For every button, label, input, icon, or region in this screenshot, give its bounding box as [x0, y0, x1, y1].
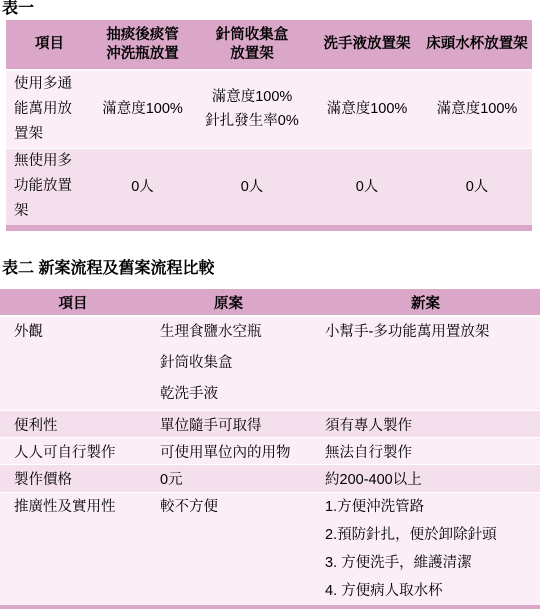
table2-title: 表二 新案流程及舊案流程比較 — [2, 260, 214, 278]
text-line: 單位隨手可取得 — [160, 414, 311, 435]
old-plan-cell: 0元 — [146, 465, 311, 493]
text-line: 3. 方便洗手，維護清潔 — [325, 549, 540, 577]
text-line: 抽痰後痰管 — [93, 26, 192, 45]
new-plan-cell: 無法自行製作 — [311, 438, 540, 465]
row-label: 外觀 — [0, 316, 146, 411]
text-line: 小幫手-多功能萬用置放架 — [325, 317, 540, 348]
new-plan-cell: 1.方便沖洗管路2.預防針扎，便於卸除針頭3. 方便洗手，維護清潔4. 方便病人… — [311, 493, 540, 608]
table-cell: 0人 — [312, 148, 422, 228]
text-line: 床頭水杯放置架 — [422, 35, 532, 54]
text-line: 放置架 — [192, 45, 312, 64]
table1-header-row: 項目 抽痰後痰管沖洗瓶放置 針筒收集盒放置架 洗手液放置架 床頭水杯放置架 — [6, 20, 532, 70]
text-line: 生理食鹽水空瓶 — [160, 317, 311, 348]
table1-header-syringe-box: 針筒收集盒放置架 — [192, 20, 312, 70]
text-line: 沖洗瓶放置 — [93, 45, 192, 64]
row-label: 人人可自行製作 — [0, 438, 146, 465]
table1-header-sputum-bottle: 抽痰後痰管沖洗瓶放置 — [93, 20, 192, 70]
table2-row-diy: 人人可自行製作 可使用單位內的用物 無法自行製作 — [0, 438, 540, 465]
row-label: 使用多通能萬用放置架 — [6, 70, 93, 148]
table1-title: 表一 — [2, 0, 34, 18]
table1-row-without-rack: 無使用多功能放置架 0人 0人 0人 0人 — [6, 148, 532, 228]
text-line: 滿意度100% — [312, 97, 422, 121]
text-line: 針扎發生率0% — [192, 109, 312, 133]
row-label: 便利性 — [0, 411, 146, 438]
text-line: 針筒收集盒 — [192, 26, 312, 45]
text-line: 項目 — [6, 35, 93, 54]
row-label: 製作價格 — [0, 465, 146, 493]
text-line: 0人 — [192, 175, 312, 199]
new-plan-cell: 須有專人製作 — [311, 411, 540, 438]
text-line: 洗手液放置架 — [312, 35, 422, 54]
table2-row-price: 製作價格 0元 約200-400以上 — [0, 465, 540, 493]
text-line: 滿意度100% — [422, 97, 532, 121]
new-plan-cell: 小幫手-多功能萬用置放架 — [311, 316, 540, 411]
text-line: 0人 — [312, 175, 422, 199]
table2-header-item: 項目 — [0, 289, 146, 316]
table2-row-practicality: 推廣性及實用性 較不方便 1.方便沖洗管路2.預防針扎，便於卸除針頭3. 方便洗… — [0, 493, 540, 608]
text-line: 0人 — [93, 175, 192, 199]
row-label: 推廣性及實用性 — [0, 493, 146, 608]
text-line: 0人 — [422, 175, 532, 199]
table2-row-appearance: 外觀 生理食鹽水空瓶針筒收集盒乾洗手液 小幫手-多功能萬用置放架 — [0, 316, 540, 411]
text-line: 較不方便 — [160, 493, 311, 521]
text-line: 無法自行製作 — [325, 441, 540, 462]
text-line: 約200-400以上 — [325, 468, 540, 489]
old-plan-cell: 較不方便 — [146, 493, 311, 608]
table1-row-with-rack: 使用多通能萬用放置架 滿意度100% 滿意度100%針扎發生率0% 滿意度100… — [6, 70, 532, 148]
text-line: 1.方便沖洗管路 — [325, 493, 540, 521]
text-line: 針筒收集盒 — [160, 348, 311, 379]
text-line: 乾洗手液 — [160, 379, 311, 410]
table2: 項目 原案 新案 外觀 生理食鹽水空瓶針筒收集盒乾洗手液 小幫手-多功能萬用置放… — [0, 289, 540, 609]
table-cell: 0人 — [93, 148, 192, 228]
table-cell: 滿意度100% — [312, 70, 422, 148]
old-plan-cell: 可使用單位內的用物 — [146, 438, 311, 465]
table1-header-item: 項目 — [6, 20, 93, 70]
table2-header-row: 項目 原案 新案 — [0, 289, 540, 316]
text-line: 0元 — [160, 468, 311, 489]
table2-header-original: 原案 — [146, 289, 311, 316]
table1: 項目 抽痰後痰管沖洗瓶放置 針筒收集盒放置架 洗手液放置架 床頭水杯放置架 使用… — [6, 20, 532, 231]
text-line: 4. 方便病人取水杯 — [325, 577, 540, 605]
table-cell: 0人 — [422, 148, 532, 228]
table-cell: 0人 — [192, 148, 312, 228]
text-line: 2.預防針扎，便於卸除針頭 — [325, 521, 540, 549]
text-line: 滿意度100% — [93, 97, 192, 121]
table2-header-new: 新案 — [311, 289, 540, 316]
row-label: 無使用多功能放置架 — [6, 148, 93, 228]
text-line: 滿意度100% — [192, 85, 312, 109]
table1-header-handwash: 洗手液放置架 — [312, 20, 422, 70]
old-plan-cell: 生理食鹽水空瓶針筒收集盒乾洗手液 — [146, 316, 311, 411]
table1-header-bedside-cup: 床頭水杯放置架 — [422, 20, 532, 70]
table-cell: 滿意度100%針扎發生率0% — [192, 70, 312, 148]
text-line: 須有專人製作 — [325, 414, 540, 435]
table2-row-convenience: 便利性 單位隨手可取得 須有專人製作 — [0, 411, 540, 438]
table-cell: 滿意度100% — [422, 70, 532, 148]
new-plan-cell: 約200-400以上 — [311, 465, 540, 493]
text-line: 可使用單位內的用物 — [160, 441, 311, 462]
old-plan-cell: 單位隨手可取得 — [146, 411, 311, 438]
table-cell: 滿意度100% — [93, 70, 192, 148]
